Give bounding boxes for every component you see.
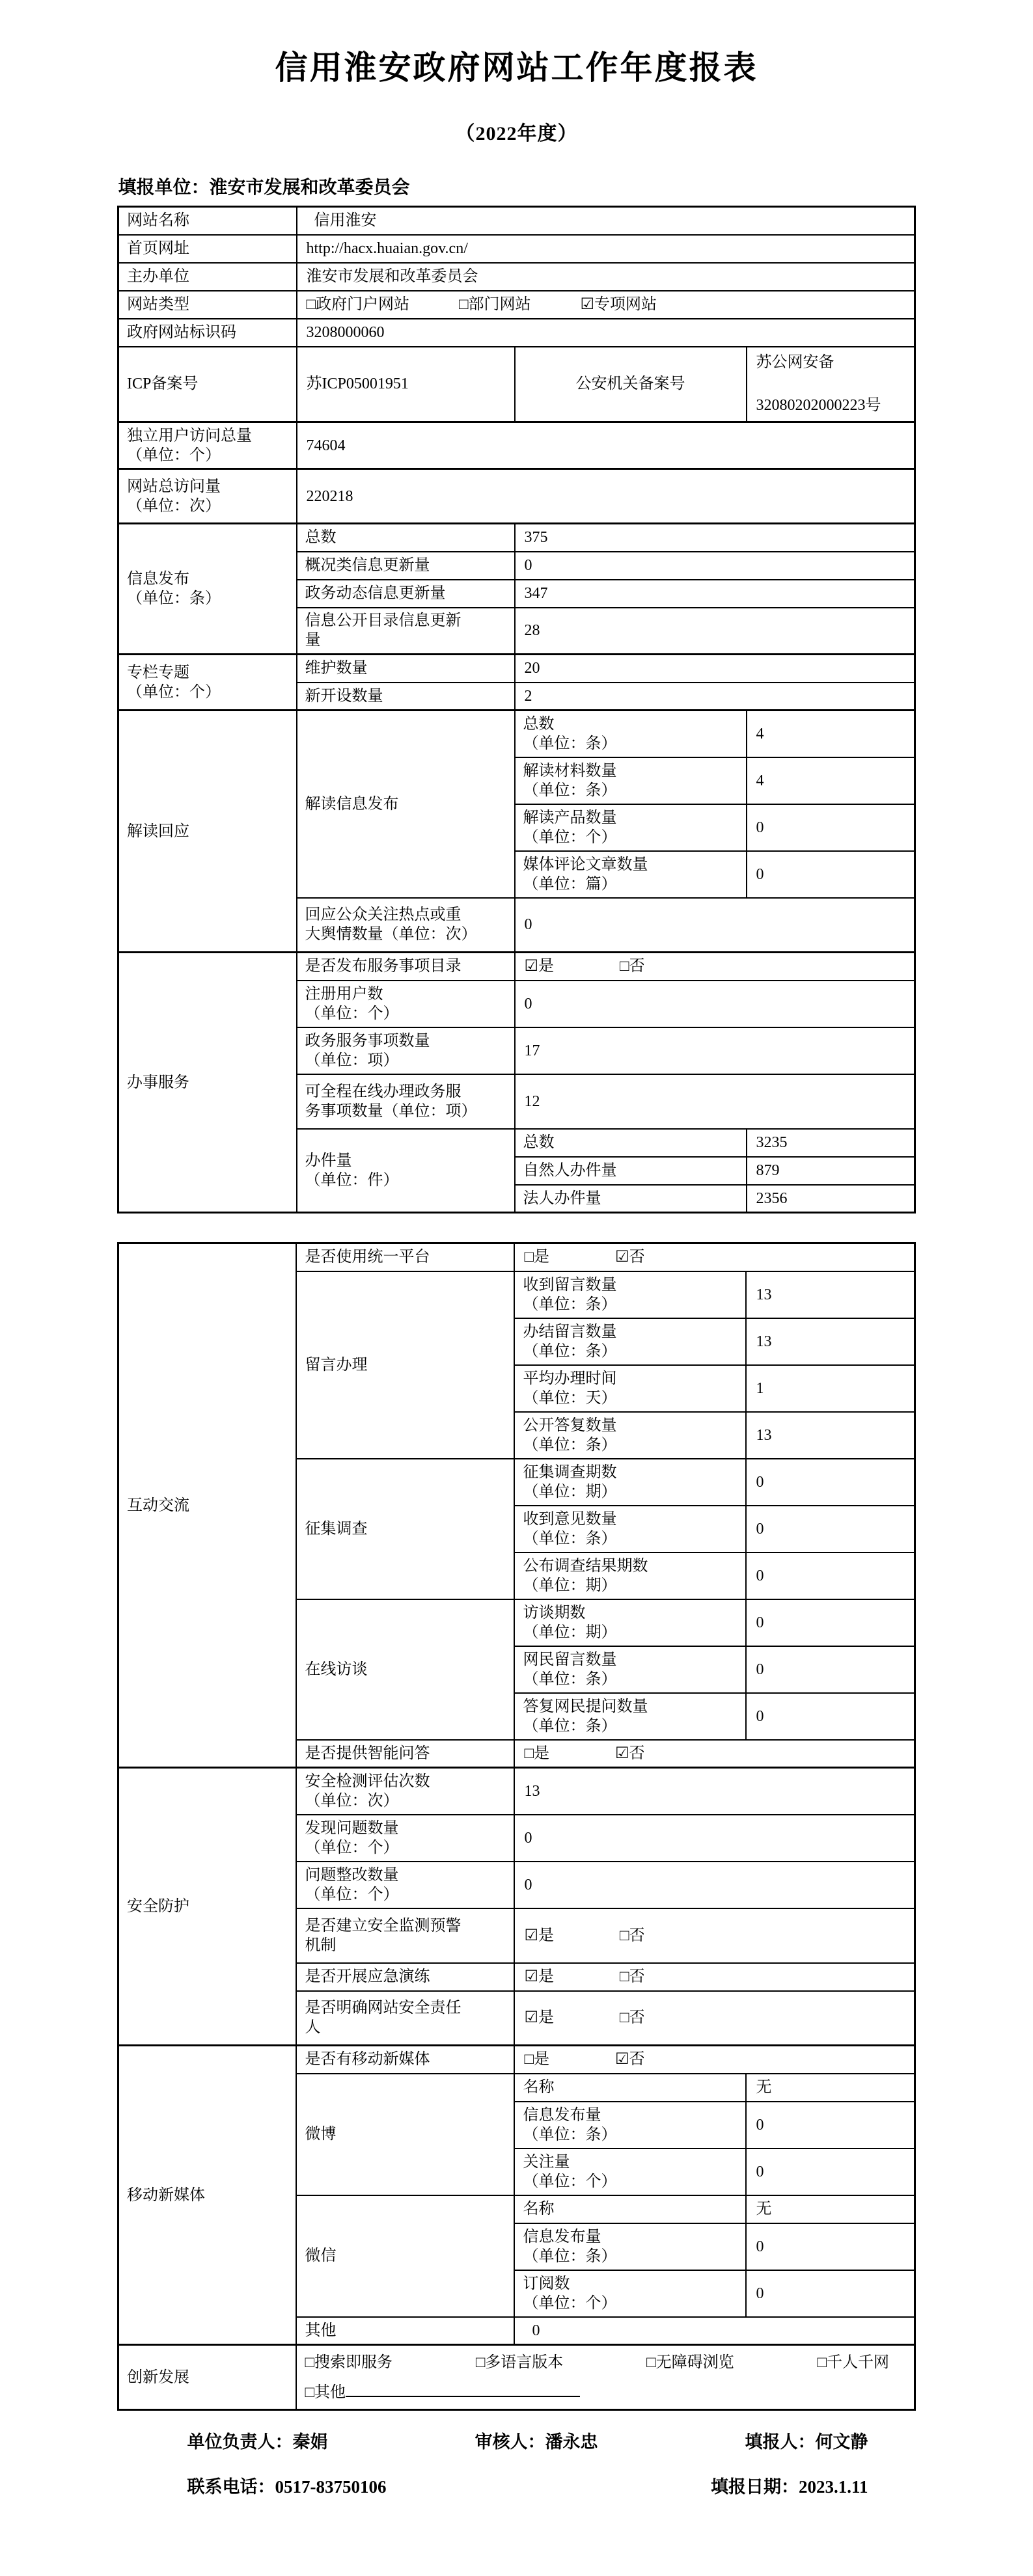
mobile-media-category: 移动新媒体 [118, 2046, 296, 2345]
innovation-options-line2: □其他 [305, 2380, 906, 2402]
total-visits-unit: （单位：次） [127, 496, 288, 516]
metric-label: 安全检测评估次数 [305, 1772, 506, 1791]
weibo-label: 微博 [296, 2074, 514, 2195]
unique-visitors-unit: （单位：个） [127, 446, 288, 465]
metric-cell: 征集调查期数 （单位：期） [514, 1459, 746, 1506]
metric-label: 征集调查期数 [523, 1463, 737, 1482]
table-row: 办事服务 是否发布服务事项目录 ☑是 □否 [118, 953, 915, 981]
metric-label: 可全程在线办理政务服务事项数量（单位：项） [305, 1082, 469, 1121]
metric-unit: （单位：项） [305, 1051, 506, 1070]
metric-value: 13 [746, 1412, 915, 1459]
metric-value: 0 [746, 1459, 915, 1506]
metric-label: 收到意见数量 [523, 1510, 737, 1529]
metric-label: 发现问题数量 [305, 1819, 506, 1838]
table-row: 信息发布 （单位：条） 总数 375 [118, 524, 915, 552]
metric-unit: （单位：条） [523, 1342, 737, 1361]
metric-cell: 访谈期数 （单位：期） [514, 1599, 746, 1646]
metric-unit: （单位：个） [305, 1885, 506, 1905]
metric-value: 13 [514, 1768, 915, 1815]
metric-value: 12 [515, 1074, 915, 1129]
metric-cell: 答复网民提问数量 （单位：条） [514, 1693, 746, 1740]
checkbox-yes: □是 [524, 1247, 549, 1267]
interview-label: 在线访谈 [296, 1599, 514, 1740]
smartqa-options: □是 ☑否 [514, 1740, 915, 1768]
metric-unit: （单位：期） [523, 1623, 737, 1642]
metric-cell: 总数 （单位：条） [515, 711, 747, 757]
wechat-label: 微信 [296, 2195, 514, 2317]
metric-unit: （单位：条） [523, 2125, 737, 2145]
metric-value: 13 [746, 1271, 915, 1318]
section-interaction: 互动交流 是否使用统一平台 □是 ☑否 留言办理 收到留言数量 （单位：条） 1… [118, 1243, 915, 1768]
mobile-has-options: □是 ☑否 [514, 2046, 915, 2074]
reporting-unit-value: 淮安市发展和改革委员会 [210, 178, 410, 198]
metric-cell: 收到意见数量 （单位：条） [514, 1506, 746, 1552]
checkbox-no: □否 [620, 2008, 645, 2027]
bottom-spacer [0, 2498, 1033, 2576]
table-row: 专栏专题 （单位：个） 维护数量 20 [118, 655, 915, 683]
metric-value: 0 [746, 1646, 915, 1693]
security-resp-options: ☑是 □否 [514, 1991, 915, 2046]
metric-value: 0 [746, 1552, 915, 1599]
metric-value: 3235 [747, 1129, 915, 1157]
checkbox-gov-portal: □政府门户网站 [307, 295, 410, 314]
table-row: 解读回应 解读信息发布 总数 （单位：条） 4 [118, 711, 915, 757]
metric-cell: 办结留言数量 （单位：条） [514, 1318, 746, 1365]
police-record-line2: 32080202000223号 [756, 396, 907, 415]
table-row: 创新发展 □搜索即服务 □多语言版本 □无障碍浏览 □千人千网 □其他 [118, 2345, 915, 2410]
metric-label: 公开答复数量 [523, 1416, 737, 1435]
metric-cell: 收到留言数量 （单位：条） [514, 1271, 746, 1318]
metric-cell: 回应公众关注热点或重大舆情数量（单位：次） [297, 898, 515, 953]
metric-label: 网民留言数量 [523, 1650, 737, 1670]
metric-label: 维护数量 [297, 655, 515, 683]
innovation-options-line1: □搜索即服务 □多语言版本 □无障碍浏览 □千人千网 [305, 2353, 906, 2372]
metric-label: 是否发布服务事项目录 [305, 956, 469, 976]
report-footer: 单位负责人：秦娟 审核人：潘永忠 填报人：何文静 联系电话：0517-83750… [118, 2428, 915, 2498]
metric-unit: （单位：篇） [523, 874, 738, 894]
checkbox-dept-site: □部门网站 [459, 295, 531, 314]
checkbox-yes: □是 [524, 1744, 549, 1763]
metric-value: 0 [747, 851, 915, 898]
metric-label: 总数 [523, 714, 738, 734]
total-visits-cell: 网站总访问量 （单位：次） [118, 469, 297, 524]
service-volume-label: 办件量 [305, 1151, 506, 1171]
footer-contact-row: 联系电话：0517-83750106 填报日期：2023.1.11 [118, 2473, 915, 2498]
footer-signature-row: 单位负责人：秦娟 审核人：潘永忠 填报人：何文静 [118, 2428, 915, 2453]
checkbox-yes: ☑是 [524, 1926, 554, 1946]
metric-label: 总数 [515, 1129, 747, 1157]
metric-label: 平均办理时间 [523, 1369, 737, 1389]
metric-label: 是否提供智能问答 [296, 1740, 514, 1768]
metric-label: 是否使用统一平台 [296, 1243, 514, 1271]
service-catalog-options: ☑是 □否 [515, 953, 915, 981]
metric-value: 0 [746, 1693, 915, 1740]
metric-cell: 安全检测评估次数 （单位：次） [296, 1768, 514, 1815]
principal-label: 单位负责人： [187, 2432, 293, 2452]
metric-label: 问题整改数量 [305, 1865, 506, 1885]
metric-unit: （单位：次） [305, 1791, 506, 1811]
metric-label: 新开设数量 [297, 683, 515, 711]
table-row: 安全防护 安全检测评估次数 （单位：次） 13 [118, 1768, 915, 1815]
metric-value: 0 [746, 2223, 915, 2270]
innovation-options: □搜索即服务 □多语言版本 □无障碍浏览 □千人千网 □其他 [296, 2345, 915, 2410]
security-category: 安全防护 [118, 1768, 296, 2046]
metric-cell: 是否发布服务事项目录 [297, 953, 515, 981]
metric-label: 收到留言数量 [523, 1275, 737, 1295]
metric-value: 4 [747, 757, 915, 804]
report-page: 信用淮安政府网站工作年度报表 （2022年度） 填报单位：淮安市发展和改革委员会… [0, 0, 1033, 2576]
metric-label: 媒体评论文章数量 [523, 855, 738, 874]
metric-cell: 信息发布量 （单位：条） [514, 2223, 746, 2270]
table-row: 网站类型 □政府门户网站 □部门网站 ☑专项网站 [118, 291, 915, 319]
report-table-2: 互动交流 是否使用统一平台 □是 ☑否 留言办理 收到留言数量 （单位：条） 1… [117, 1242, 916, 2411]
metric-value: 28 [515, 608, 915, 655]
auditor-item: 审核人：潘永忠 [475, 2428, 598, 2453]
phone-number: 0517-83750106 [275, 2477, 387, 2497]
table-row: 政府网站标识码 3208000060 [118, 319, 915, 347]
table-row: 主办单位 淮安市发展和改革委员会 [118, 263, 915, 291]
metric-label: 公布调查结果期数 [523, 1556, 737, 1576]
table-row: 移动新媒体 是否有移动新媒体 □是 ☑否 [118, 2046, 915, 2074]
checkbox-no: ☑否 [615, 1744, 645, 1763]
metric-label: 信息公开目录信息更新量 [305, 611, 469, 650]
checkbox-no: □否 [620, 1967, 645, 1986]
metric-value: 0 [515, 898, 915, 953]
metric-cell: 订阅数 （单位：个） [514, 2270, 746, 2317]
info-publish-label: 信息发布 [127, 569, 288, 589]
metric-label: 信息发布量 [523, 2227, 737, 2247]
auditor-label: 审核人： [475, 2432, 545, 2452]
police-record-line1: 苏公网安备 [756, 353, 907, 372]
table-row: 网站名称 信用淮安 [118, 207, 915, 235]
sponsor-value: 淮安市发展和改革委员会 [297, 263, 915, 291]
site-code-value: 3208000060 [297, 319, 915, 347]
metric-label: 办结留言数量 [523, 1322, 737, 1342]
metric-label: 是否有移动新媒体 [296, 2046, 514, 2074]
date-value: 2023.1.11 [799, 2477, 868, 2497]
message-handling-label: 留言办理 [296, 1271, 514, 1459]
metric-value: 0 [746, 2102, 915, 2149]
reporting-unit-line: 填报单位：淮安市发展和改革委员会 [118, 173, 915, 199]
metric-label: 订阅数 [523, 2274, 737, 2294]
metric-value: 879 [747, 1157, 915, 1185]
metric-value: 17 [515, 1027, 915, 1074]
table-row: 互动交流 是否使用统一平台 □是 ☑否 [118, 1243, 915, 1271]
section-interpret-response: 解读回应 解读信息发布 总数 （单位：条） 4 解读材料数量 （单位：条） 4 … [118, 711, 915, 953]
metric-label: 总数 [297, 524, 515, 552]
checkbox-yes: ☑是 [524, 2008, 554, 2027]
unique-visitors-label: 独立用户访问总量 [127, 426, 288, 446]
home-url-value: http://hacx.huaian.gov.cn/ [297, 235, 915, 263]
metric-unit: （单位：个） [523, 2294, 737, 2313]
info-publish-category: 信息发布 （单位：条） [118, 524, 297, 655]
metric-label: 是否明确网站安全责任人 [305, 1998, 469, 2037]
sponsor-label: 主办单位 [118, 263, 297, 291]
police-record-label: 公安机关备案号 [515, 347, 747, 422]
interpret-publish-label: 解读信息发布 [297, 711, 515, 898]
metric-label: 信息发布量 [523, 2106, 737, 2125]
metric-cell: 公开答复数量 （单位：条） [514, 1412, 746, 1459]
metric-cell: 网民留言数量 （单位：条） [514, 1646, 746, 1693]
checkbox-other: □其他 [305, 2383, 346, 2402]
metric-cell: 注册用户数 （单位：个） [297, 981, 515, 1027]
section-info-publish: 信息发布 （单位：条） 总数 375 概况类信息更新量 0 政务动态信息更新量 … [118, 524, 915, 655]
interaction-category: 互动交流 [118, 1243, 296, 1768]
reporting-unit-label: 填报单位： [118, 178, 210, 198]
filler-name: 何文静 [816, 2432, 868, 2452]
metric-cell: 媒体评论文章数量 （单位：篇） [515, 851, 747, 898]
checkbox-yes: ☑是 [524, 1967, 554, 1986]
metric-cell: 发现问题数量 （单位：个） [296, 1815, 514, 1862]
section-topics: 专栏专题 （单位：个） 维护数量 20 新开设数量 2 [118, 655, 915, 711]
metric-value: 无 [746, 2074, 915, 2102]
survey-label: 征集调查 [296, 1459, 514, 1599]
principal-item: 单位负责人：秦娟 [187, 2428, 328, 2453]
metric-value: 0 [746, 2270, 915, 2317]
checkbox-yes: □是 [524, 2050, 549, 2069]
checkbox-search-service: □搜索即服务 [305, 2353, 393, 2372]
metric-value: 20 [515, 655, 915, 683]
metric-value: 0 [514, 1862, 915, 1908]
site-code-label: 政府网站标识码 [118, 319, 297, 347]
section-unique-visitors: 独立用户访问总量 （单位：个） 74604 [118, 422, 915, 469]
metric-unit: （单位：个） [305, 1838, 506, 1858]
topics-unit: （单位：个） [127, 683, 288, 702]
security-drill-options: ☑是 □否 [514, 1963, 915, 1991]
metric-unit: （单位：条） [523, 781, 738, 800]
home-url-label: 首页网址 [118, 235, 297, 263]
principal-name: 秦娟 [293, 2432, 328, 2452]
metric-value: 0 [746, 1506, 915, 1552]
topics-category: 专栏专题 （单位：个） [118, 655, 297, 711]
metric-value: 1 [746, 1365, 915, 1412]
metric-label: 名称 [514, 2074, 746, 2102]
total-visits-value: 220218 [297, 469, 915, 524]
section-total-visits: 网站总访问量 （单位：次） 220218 [118, 469, 915, 524]
site-name-value: 信用淮安 [297, 207, 915, 235]
metric-value: 2 [515, 683, 915, 711]
checkbox-multilingual: □多语言版本 [476, 2353, 564, 2372]
metric-label: 其他 [296, 2317, 514, 2345]
metric-unit: （单位：期） [523, 1482, 737, 1502]
phone-label: 联系电话： [187, 2477, 275, 2497]
metric-unit: （单位：条） [523, 1716, 737, 1736]
metric-cell: 是否明确网站安全责任人 [296, 1991, 514, 2046]
metric-cell: 是否建立安全监测预警机制 [296, 1908, 514, 1963]
total-visits-label: 网站总访问量 [127, 477, 288, 496]
table-row: 首页网址 http://hacx.huaian.gov.cn/ [118, 235, 915, 263]
checkbox-yes: ☑是 [525, 956, 555, 976]
metric-value: 2356 [747, 1185, 915, 1213]
checkbox-special-site: ☑专项网站 [581, 295, 657, 314]
metric-label: 政务动态信息更新量 [297, 580, 515, 608]
metric-label: 解读材料数量 [523, 761, 738, 781]
metric-cell: 政务服务事项数量 （单位：项） [297, 1027, 515, 1074]
metric-unit: （单位：条） [523, 1435, 737, 1455]
checkbox-personalized: □千人千网 [817, 2353, 889, 2372]
unique-visitors-value: 74604 [297, 422, 915, 469]
metric-label: 答复网民提问数量 [523, 1697, 737, 1716]
checkbox-no: □否 [620, 956, 645, 976]
metric-value: 0 [515, 552, 915, 580]
unified-platform-options: □是 ☑否 [514, 1243, 915, 1271]
checkbox-no: ☑否 [615, 2050, 645, 2069]
site-type-options: □政府门户网站 □部门网站 ☑专项网站 [297, 291, 915, 319]
metric-label: 访谈期数 [523, 1603, 737, 1623]
metric-cell: 信息发布量 （单位：条） [514, 2102, 746, 2149]
section-innovation: 创新发展 □搜索即服务 □多语言版本 □无障碍浏览 □千人千网 □其他 [118, 2345, 915, 2410]
date-item: 填报日期：2023.1.11 [711, 2473, 868, 2498]
metric-value: 0 [746, 2149, 915, 2195]
site-name-label: 网站名称 [118, 207, 297, 235]
metric-label: 解读产品数量 [523, 808, 738, 828]
metric-unit: （单位：个） [523, 2172, 737, 2191]
service-volume-cell: 办件量 （单位：件） [297, 1129, 515, 1213]
checkbox-accessibility: □无障碍浏览 [646, 2353, 734, 2372]
table-row: 独立用户访问总量 （单位：个） 74604 [118, 422, 915, 469]
metric-cell: 公布调查结果期数 （单位：期） [514, 1552, 746, 1599]
innovation-category: 创新发展 [118, 2345, 296, 2410]
metric-cell: 关注量 （单位：个） [514, 2149, 746, 2195]
police-record-value: 苏公网安备 32080202000223号 [747, 347, 915, 422]
metric-value: 0 [514, 1815, 915, 1862]
checkbox-no: ☑否 [615, 1247, 645, 1267]
metric-value: 无 [746, 2195, 915, 2223]
metric-label: 政务服务事项数量 [305, 1031, 506, 1051]
auditor-name: 潘永忠 [545, 2432, 598, 2452]
metric-label: 回应公众关注热点或重大舆情数量（单位：次） [305, 905, 469, 944]
metric-value: 347 [515, 580, 915, 608]
table-row: 网站总访问量 （单位：次） 220218 [118, 469, 915, 524]
section-mobile-media: 移动新媒体 是否有移动新媒体 □是 ☑否 微博 名称 无 信息发布量 （单位：条… [118, 2046, 915, 2345]
checkbox-no: □否 [620, 1926, 645, 1946]
interpret-category: 解读回应 [118, 711, 297, 953]
metric-value: 375 [515, 524, 915, 552]
metric-cell: 可全程在线办理政务服务事项数量（单位：项） [297, 1074, 515, 1129]
metric-cell: 问题整改数量 （单位：个） [296, 1862, 514, 1908]
icp-value: 苏ICP05001951 [297, 347, 515, 422]
site-type-label: 网站类型 [118, 291, 297, 319]
service-category: 办事服务 [118, 953, 297, 1213]
metric-cell: 解读材料数量 （单位：条） [515, 757, 747, 804]
metric-unit: （单位：期） [523, 1576, 737, 1595]
page-subtitle: （2022年度） [0, 117, 1033, 146]
section-service: 办事服务 是否发布服务事项目录 ☑是 □否 注册用户数 （单位：个） 0 政务服… [118, 953, 915, 1213]
page-title: 信用淮安政府网站工作年度报表 [0, 42, 1033, 88]
innovation-other-blank [346, 2380, 580, 2397]
metric-label: 自然人办件量 [515, 1157, 747, 1185]
info-publish-unit: （单位：条） [127, 589, 288, 608]
filler-item: 填报人：何文静 [745, 2428, 868, 2453]
metric-unit: （单位：条） [523, 734, 738, 753]
phone-item: 联系电话：0517-83750106 [187, 2473, 387, 2498]
security-warn-options: ☑是 □否 [514, 1908, 915, 1963]
metric-cell: 解读产品数量 （单位：个） [515, 804, 747, 851]
topics-label: 专栏专题 [127, 663, 288, 683]
metric-label: 名称 [514, 2195, 746, 2223]
table-row: ICP备案号 苏ICP05001951 公安机关备案号 苏公网安备 320802… [118, 347, 915, 422]
metric-label: 是否开展应急演练 [296, 1963, 514, 1991]
metric-label: 关注量 [523, 2152, 737, 2172]
service-volume-unit: （单位：件） [305, 1171, 506, 1190]
metric-label: 注册用户数 [305, 984, 506, 1004]
metric-label: 是否建立安全监测预警机制 [305, 1916, 469, 1955]
unique-visitors-cell: 独立用户访问总量 （单位：个） [118, 422, 297, 469]
metric-value: 4 [747, 711, 915, 757]
metric-unit: （单位：条） [523, 1529, 737, 1549]
metric-unit: （单位：条） [523, 2247, 737, 2266]
metric-cell: 信息公开目录信息更新量 [297, 608, 515, 655]
date-label: 填报日期： [711, 2477, 799, 2497]
metric-unit: （单位：天） [523, 1389, 737, 1408]
metric-value: 0 [746, 1599, 915, 1646]
section-basic-info: 网站名称 信用淮安 首页网址 http://hacx.huaian.gov.cn… [118, 207, 915, 422]
metric-value: 0 [747, 804, 915, 851]
filler-label: 填报人： [745, 2432, 816, 2452]
metric-label: 概况类信息更新量 [297, 552, 515, 580]
metric-cell: 平均办理时间 （单位：天） [514, 1365, 746, 1412]
metric-value: 0 [515, 981, 915, 1027]
report-table-1: 网站名称 信用淮安 首页网址 http://hacx.huaian.gov.cn… [117, 206, 916, 1213]
metric-label: 法人办件量 [515, 1185, 747, 1213]
metric-unit: （单位：个） [305, 1004, 506, 1024]
icp-label: ICP备案号 [118, 347, 297, 422]
metric-value: 0 [514, 2317, 915, 2345]
metric-unit: （单位：条） [523, 1670, 737, 1689]
metric-value: 13 [746, 1318, 915, 1365]
metric-unit: （单位：条） [523, 1295, 737, 1314]
metric-unit: （单位：个） [523, 828, 738, 847]
section-security: 安全防护 安全检测评估次数 （单位：次） 13 发现问题数量 （单位：个） 0 … [118, 1768, 915, 2046]
